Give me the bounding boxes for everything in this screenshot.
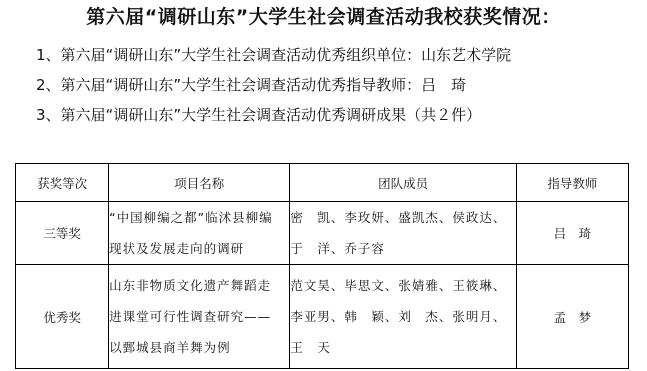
summary-item-organization: 1、第六届“调研山东”大学生社会调查活动优秀组织单位：山东艺术学院: [36, 40, 511, 70]
summary-item-advisor: 2、第六届“调研山东”大学生社会调查活动优秀指导教师：吕 琦: [36, 70, 511, 100]
page-title: 第六届“调研山东”大学生社会调查活动我校获奖情况：: [0, 4, 647, 30]
team-members-line: 密 凯、李玫妍、盛凯杰、侯政达、: [290, 202, 515, 233]
advisor-cell: 吕 琦: [516, 202, 628, 265]
advisor-cell: 孟 梦: [516, 265, 628, 369]
team-members-cell: 密 凯、李玫妍、盛凯杰、侯政达、 于 洋、乔子容: [290, 202, 516, 265]
team-members-cell: 范文昊、毕思文、张婧雅、王筱琳、 李亚男、韩 颖、刘 杰、张明月、 王 天: [290, 265, 516, 369]
project-name-line: 进课堂可行性调查研究——: [109, 301, 289, 332]
project-name-line: 山东非物质文化遗产舞蹈走: [109, 270, 289, 301]
team-members-line: 于 洋、乔子容: [290, 233, 515, 264]
summary-item-results: 3、第六届“调研山东”大学生社会调查活动优秀调研成果（共２件）: [36, 100, 511, 130]
table-row: 优秀奖 山东非物质文化遗产舞蹈走 进课堂可行性调查研究—— 以鄄城县商羊舞为例 …: [16, 265, 629, 369]
project-name-cell: 山东非物质文化遗产舞蹈走 进课堂可行性调查研究—— 以鄄城县商羊舞为例: [109, 265, 290, 369]
table-header-row: 获奖等次 项目名称 团队成员 指导教师: [16, 164, 629, 202]
award-level-cell: 三等奖: [16, 202, 109, 265]
header-advisor: 指导教师: [516, 164, 628, 202]
project-name-cell: “中国柳编之都”临沭县柳编 现状及发展走向的调研: [109, 202, 290, 265]
table-row: 三等奖 “中国柳编之都”临沭县柳编 现状及发展走向的调研 密 凯、李玫妍、盛凯杰…: [16, 202, 629, 265]
header-team-members: 团队成员: [290, 164, 516, 202]
team-members-line: 范文昊、毕思文、张婧雅、王筱琳、: [290, 270, 515, 301]
header-project-name: 项目名称: [109, 164, 290, 202]
award-summary-list: 1、第六届“调研山东”大学生社会调查活动优秀组织单位：山东艺术学院 2、第六届“…: [36, 40, 511, 130]
project-name-line: 现状及发展走向的调研: [109, 233, 289, 264]
team-members-line: 李亚男、韩 颖、刘 杰、张明月、: [290, 301, 515, 332]
team-members-line: 王 天: [290, 332, 515, 363]
project-name-line: 以鄄城县商羊舞为例: [109, 332, 289, 363]
header-award-level: 获奖等次: [16, 164, 109, 202]
project-name-line: “中国柳编之都”临沭县柳编: [109, 202, 289, 233]
award-level-cell: 优秀奖: [16, 265, 109, 369]
awards-table: 获奖等次 项目名称 团队成员 指导教师 三等奖 “中国柳编之都”临沭县柳编 现状…: [15, 163, 629, 369]
